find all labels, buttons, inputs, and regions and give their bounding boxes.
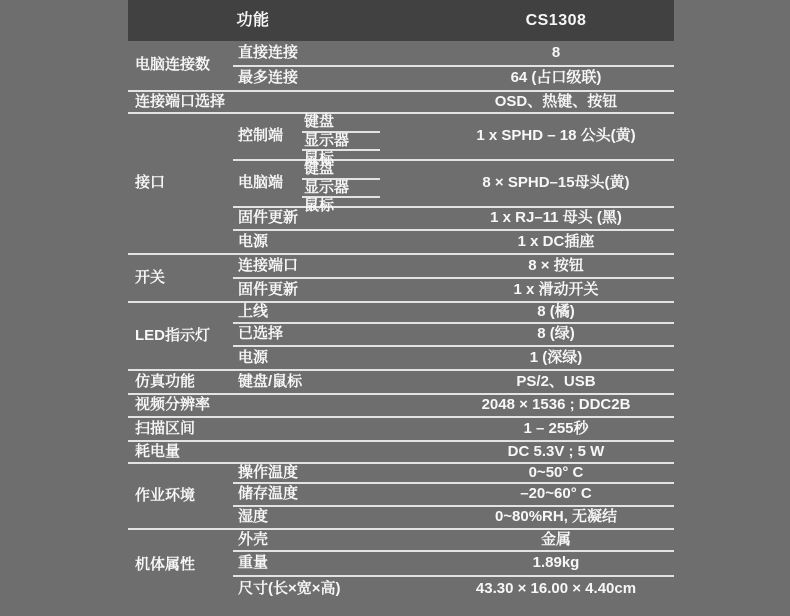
- table-row: 重量 1.89kg: [233, 552, 674, 577]
- section-switches: 开关 连接端口 8 × 按钮 固件更新 1 x 滑动开关: [128, 255, 674, 303]
- row-value: 8 × SPHD–15母头(黄): [438, 161, 674, 206]
- console-port-detail: 键盘 显示器 鼠标: [302, 114, 380, 159]
- table-row: 1 – 255秒: [233, 418, 674, 440]
- row-value: 1.89kg: [438, 552, 674, 575]
- row-label: 操作温度: [233, 464, 438, 482]
- row-label: 尺寸(长×宽×高): [233, 577, 438, 601]
- table-row: 电源 1 x DC插座: [233, 231, 674, 253]
- sublabel-monitor: 显示器: [302, 133, 380, 152]
- section-power-consumption: 耗电量 DC 5.3V ; 5 W: [128, 442, 674, 464]
- row-value: PS/2、USB: [438, 371, 674, 393]
- section-port-selection: 连接端口选择 OSD、热键、按钮: [128, 92, 674, 114]
- row-value: 8 (橘): [438, 303, 674, 322]
- row-label: 连接端口: [233, 255, 438, 277]
- table-row: 操作温度 0~50° C: [233, 464, 674, 484]
- section-scan-interval: 扫描区间 1 – 255秒: [128, 418, 674, 442]
- table-row: 最多连接 64 (占口级联): [233, 67, 674, 90]
- table-row: 控制端 键盘 显示器 鼠标 1 x SPHD – 18 公头(黄): [233, 114, 674, 161]
- row-value: 1 x RJ–11 母头 (黑): [438, 208, 674, 229]
- section-physical-properties: 机体属性 外壳 金属 重量 1.89kg 尺寸(长×宽×高) 43.30 × 1…: [128, 530, 674, 601]
- category-label: 机体属性: [128, 530, 233, 601]
- category-label: 扫描区间: [128, 418, 233, 440]
- row-label: 电脑端: [238, 175, 302, 192]
- row-value: 1 x 滑动开关: [438, 279, 674, 301]
- category-label: 连接端口选择: [128, 92, 233, 112]
- computer-port-detail: 键盘 显示器 鼠标: [302, 161, 380, 206]
- row-label: 重量: [233, 552, 438, 575]
- section-computer-connections: 电脑连接数 直接连接 8 最多连接 64 (占口级联): [128, 41, 674, 92]
- sublabel-monitor: 显示器: [302, 180, 380, 199]
- table-row: 2048 × 1536 ; DDC2B: [233, 395, 674, 416]
- table-row: 电脑端 键盘 显示器 鼠标 8 × SPHD–15母头(黄): [233, 161, 674, 208]
- table-row: 连接端口 8 × 按钮: [233, 255, 674, 279]
- row-value: 1 – 255秒: [438, 418, 674, 440]
- row-value: 0~50° C: [438, 464, 674, 482]
- row-label: 上线: [233, 303, 438, 322]
- table-row: DC 5.3V ; 5 W: [233, 442, 674, 462]
- header-model-label: CS1308: [438, 0, 674, 41]
- row-label: 直接连接: [233, 41, 438, 65]
- row-label: [233, 418, 438, 440]
- row-value: 0~80%RH, 无凝结: [438, 507, 674, 528]
- row-value: 8: [438, 41, 674, 65]
- row-label: 电源: [233, 347, 438, 369]
- row-value: 8 (绿): [438, 324, 674, 345]
- category-label: 开关: [128, 255, 233, 301]
- category-label: 仿真功能: [128, 371, 233, 393]
- table-header: 功能 CS1308: [128, 0, 674, 41]
- row-value: 1 x DC插座: [438, 231, 674, 253]
- table-row: 键盘/鼠标 PS/2、USB: [233, 371, 674, 393]
- row-label: 最多连接: [233, 67, 438, 90]
- category-label: 作业环境: [128, 464, 233, 528]
- spec-sheet-page: 功能 CS1308 电脑连接数 直接连接 8 最多连接 64 (占口级联) 连接…: [0, 0, 790, 616]
- table-row: OSD、热键、按钮: [233, 92, 674, 112]
- row-label: [233, 92, 438, 112]
- category-label: 电脑连接数: [128, 41, 233, 90]
- table-row: 直接连接 8: [233, 41, 674, 67]
- row-label: 固件更新: [233, 208, 438, 229]
- section-led-indicators: LED指示灯 上线 8 (橘) 已选择 8 (绿) 电源 1 (深绿): [128, 303, 674, 371]
- row-value: 43.30 × 16.00 × 4.40cm: [438, 577, 674, 601]
- row-label: 固件更新: [233, 279, 438, 301]
- row-label: 储存温度: [233, 484, 438, 505]
- row-label: [233, 395, 438, 416]
- section-video-resolution: 视频分辨率 2048 × 1536 ; DDC2B: [128, 395, 674, 418]
- row-value: DC 5.3V ; 5 W: [438, 442, 674, 462]
- section-environment: 作业环境 操作温度 0~50° C 储存温度 –20~60° C 湿度 0~80…: [128, 464, 674, 530]
- row-value: 64 (占口级联): [438, 67, 674, 90]
- table-row: 外壳 金属: [233, 530, 674, 552]
- table-row: 尺寸(长×宽×高) 43.30 × 16.00 × 4.40cm: [233, 577, 674, 601]
- section-connectors: 接口 控制端 键盘 显示器 鼠标 1 x SPHD – 18 公头(黄): [128, 114, 674, 255]
- row-value: 2048 × 1536 ; DDC2B: [438, 395, 674, 416]
- row-label: 已选择: [233, 324, 438, 345]
- spec-table: 功能 CS1308 电脑连接数 直接连接 8 最多连接 64 (占口级联) 连接…: [128, 0, 674, 601]
- row-value: 金属: [438, 530, 674, 550]
- row-value: OSD、热键、按钮: [438, 92, 674, 112]
- row-value: 8 × 按钮: [438, 255, 674, 277]
- table-row: 固件更新 1 x RJ–11 母头 (黑): [233, 208, 674, 231]
- table-row: 湿度 0~80%RH, 无凝结: [233, 507, 674, 528]
- table-row: 上线 8 (橘): [233, 303, 674, 324]
- row-label: 控制端: [238, 128, 302, 145]
- header-feature-label: 功能: [128, 0, 378, 41]
- table-row: 电源 1 (深绿): [233, 347, 674, 369]
- row-value: 1 x SPHD – 18 公头(黄): [438, 114, 674, 159]
- category-label: 接口: [128, 114, 233, 253]
- category-label: LED指示灯: [128, 303, 233, 369]
- category-label: 耗电量: [128, 442, 233, 462]
- row-label: [233, 442, 438, 462]
- category-label: 视频分辨率: [128, 395, 233, 416]
- table-row: 固件更新 1 x 滑动开关: [233, 279, 674, 301]
- table-row: 储存温度 –20~60° C: [233, 484, 674, 507]
- row-value: –20~60° C: [438, 484, 674, 505]
- row-value: 1 (深绿): [438, 347, 674, 369]
- table-row: 已选择 8 (绿): [233, 324, 674, 347]
- row-label: 外壳: [233, 530, 438, 550]
- section-emulation: 仿真功能 键盘/鼠标 PS/2、USB: [128, 371, 674, 395]
- row-label: 湿度: [233, 507, 438, 528]
- sublabel-keyboard: 键盘: [302, 114, 380, 133]
- sublabel-keyboard: 键盘: [302, 161, 380, 180]
- row-label: 键盘/鼠标: [233, 371, 438, 393]
- row-label: 电源: [233, 231, 438, 253]
